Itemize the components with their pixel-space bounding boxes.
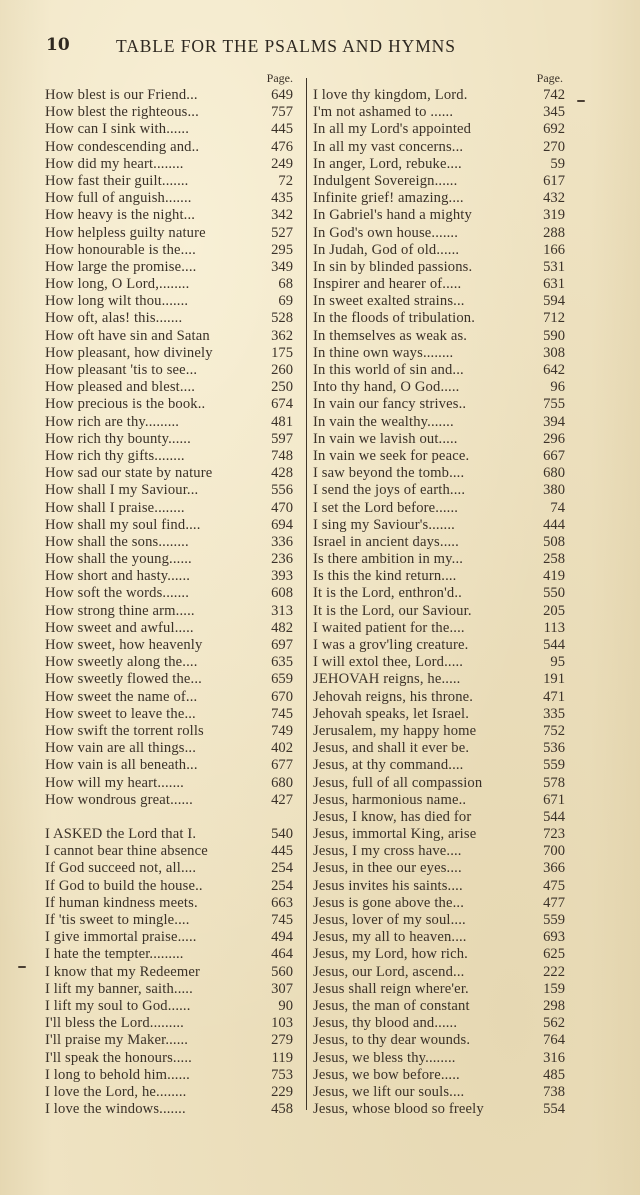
first-line-text: How fast their guilt....... (45, 173, 188, 190)
index-entry: How sweetly along the....635 (45, 654, 293, 671)
index-entry: How long wilt thou.......69 (45, 293, 293, 310)
index-entry: If 'tis sweet to mingle....745 (45, 912, 293, 929)
first-line-text: I cannot bear thine absence (45, 843, 208, 860)
first-line-text: How sweet to leave the... (45, 706, 196, 723)
first-line-text: I'll bless the Lord......... (45, 1015, 184, 1032)
page-ref: 402 (263, 740, 293, 757)
page-ref: 671 (535, 792, 565, 809)
first-line-text: I know that my Redeemer (45, 964, 200, 981)
page-ref: 742 (535, 87, 565, 104)
first-line-text: How honourable is the.... (45, 242, 196, 259)
index-entry: Jesus is gone above the...477 (313, 895, 565, 912)
index-entry: If human kindness meets.663 (45, 895, 293, 912)
page-ref: 445 (263, 121, 293, 138)
page-ref: 103 (263, 1015, 293, 1032)
page-ref: 260 (263, 362, 293, 379)
index-entry: In vain the wealthy.......394 (313, 414, 565, 431)
page-ref: 471 (535, 689, 565, 706)
index-entry: How fast their guilt.......72 (45, 173, 293, 190)
page-ref: 394 (535, 414, 565, 431)
page-ref: 482 (263, 620, 293, 637)
index-entry: How shall I my Saviour...556 (45, 482, 293, 499)
first-line-text: Inspirer and hearer of..... (313, 276, 461, 293)
page-ref: 692 (535, 121, 565, 138)
first-line-text: How wondrous great...... (45, 792, 193, 809)
index-entry: How pleased and blest....250 (45, 379, 293, 396)
page-ref: 617 (535, 173, 565, 190)
index-entry: How honourable is the....295 (45, 242, 293, 259)
index-entry: I'll bless the Lord.........103 (45, 1015, 293, 1032)
index-entry: In the floods of tribulation.712 (313, 310, 565, 327)
page-ref: 752 (535, 723, 565, 740)
index-entry: I love thy kingdom, Lord.742 (313, 87, 565, 104)
page-column-label: Page. (313, 70, 565, 87)
entry-list-how: How blest is our Friend...649How blest t… (45, 87, 293, 809)
index-entry: I'll speak the honours.....119 (45, 1050, 293, 1067)
first-line-text: How sad our state by nature (45, 465, 212, 482)
page-ref: 597 (263, 431, 293, 448)
first-line-text: How large the promise.... (45, 259, 196, 276)
page-ref: 475 (535, 878, 565, 895)
first-line-text: In God's own house....... (313, 225, 458, 242)
page-ref: 254 (263, 860, 293, 877)
index-entry: Jesus, we bless thy........316 (313, 1050, 565, 1067)
first-line-text: I'm not ashamed to ...... (313, 104, 453, 121)
first-line-text: Jesus, lover of my soul.... (313, 912, 466, 929)
page-ref: 594 (535, 293, 565, 310)
first-line-text: How will my heart....... (45, 775, 184, 792)
first-line-text: Jesus invites his saints.... (313, 878, 463, 895)
index-entry: Is there ambition in my...258 (313, 551, 565, 568)
first-line-text: In sweet exalted strains... (313, 293, 465, 310)
index-entry: Jesus, harmonious name..671 (313, 792, 565, 809)
first-line-text: How pleasant, how divinely (45, 345, 213, 362)
first-line-text: How condescending and.. (45, 139, 199, 156)
page-ref: 745 (263, 912, 293, 929)
first-line-text: How shall I praise........ (45, 500, 185, 517)
index-entry: I know that my Redeemer560 (45, 964, 293, 981)
first-line-text: How helpless guilty nature (45, 225, 206, 242)
first-line-text: How precious is the book.. (45, 396, 205, 413)
first-line-text: How blest the righteous... (45, 104, 199, 121)
index-entry: Jesus, full of all compassion578 (313, 775, 565, 792)
index-entry: I'll praise my Maker......279 (45, 1032, 293, 1049)
index-entry: I love the windows.......458 (45, 1101, 293, 1118)
page-ref: 631 (535, 276, 565, 293)
index-entry: I set the Lord before......74 (313, 500, 565, 517)
index-entry: Is this the kind return....419 (313, 568, 565, 585)
index-entry: I saw beyond the tomb....680 (313, 465, 565, 482)
page-ref: 458 (263, 1101, 293, 1118)
page-ref: 749 (263, 723, 293, 740)
first-line-text: I lift my soul to God...... (45, 998, 191, 1015)
first-line-text: How oft have sin and Satan (45, 328, 210, 345)
first-line-text: If 'tis sweet to mingle.... (45, 912, 190, 929)
index-entry: How long, O Lord,........68 (45, 276, 293, 293)
index-entry: How shall my soul find....694 (45, 517, 293, 534)
index-entry: Inspirer and hearer of.....631 (313, 276, 565, 293)
index-entry: Jesus, we lift our souls....738 (313, 1084, 565, 1101)
index-entry: I'm not ashamed to ......345 (313, 104, 565, 121)
first-line-text: Jerusalem, my happy home (313, 723, 476, 740)
page-ref: 308 (535, 345, 565, 362)
index-entry: In Gabriel's hand a mighty319 (313, 207, 565, 224)
page-ref: 435 (263, 190, 293, 207)
index-entry: Jesus, my all to heaven....693 (313, 929, 565, 946)
page-ref: 559 (535, 757, 565, 774)
first-line-text: How shall the sons........ (45, 534, 189, 551)
first-line-text: I was a grov'ling creature. (313, 637, 468, 654)
first-line-text: How vain are all things... (45, 740, 196, 757)
first-line-text: In vain we lavish out..... (313, 431, 458, 448)
page-ref: 298 (535, 998, 565, 1015)
first-line-text: How long wilt thou....... (45, 293, 188, 310)
index-entry: Jesus, thy blood and......562 (313, 1015, 565, 1032)
first-line-text: Jesus, in thee our eyes.... (313, 860, 462, 877)
entry-list-in-jesus: I love thy kingdom, Lord.742I'm not asha… (313, 87, 565, 1118)
page-ref: 319 (535, 207, 565, 224)
first-line-text: It is the Lord, our Saviour. (313, 603, 472, 620)
first-line-text: Jesus, thy blood and...... (313, 1015, 457, 1032)
first-line-text: In vain the wealthy....... (313, 414, 454, 431)
index-entry: How shall I praise........470 (45, 500, 293, 517)
index-entry: Israel in ancient days.....508 (313, 534, 565, 551)
index-entry: Jesus, in thee our eyes....366 (313, 860, 565, 877)
index-entry: How swift the torrent rolls749 (45, 723, 293, 740)
first-line-text: In Gabriel's hand a mighty (313, 207, 472, 224)
first-line-text: I will extol thee, Lord..... (313, 654, 463, 671)
page-ref: 68 (263, 276, 293, 293)
page-ref: 419 (535, 568, 565, 585)
page-ref: 428 (263, 465, 293, 482)
first-line-text: Jesus, I know, has died for (313, 809, 471, 826)
index-entry: In thine own ways........308 (313, 345, 565, 362)
page-ref: 119 (263, 1050, 293, 1067)
page-ref: 485 (535, 1067, 565, 1084)
index-entry: In all my Lord's appointed692 (313, 121, 565, 138)
index-entry: In anger, Lord, rebuke....59 (313, 156, 565, 173)
first-line-text: If God succeed not, all.... (45, 860, 196, 877)
index-entry: How full of anguish.......435 (45, 190, 293, 207)
first-line-text: Is there ambition in my... (313, 551, 463, 568)
first-line-text: I set the Lord before...... (313, 500, 458, 517)
first-line-text: Infinite grief! amazing.... (313, 190, 464, 207)
index-entry: How sweet to leave the...745 (45, 706, 293, 723)
index-entry: I hate the tempter.........464 (45, 946, 293, 963)
first-line-text: Is this the kind return.... (313, 568, 456, 585)
index-entry: In this world of sin and...642 (313, 362, 565, 379)
page-ref: 544 (535, 637, 565, 654)
first-line-text: I saw beyond the tomb.... (313, 465, 464, 482)
index-entry: Jesus invites his saints....475 (313, 878, 565, 895)
page-ref: 464 (263, 946, 293, 963)
index-entry: Jesus, our Lord, ascend...222 (313, 964, 565, 981)
first-line-text: In sin by blinded passions. (313, 259, 472, 276)
page-ref: 693 (535, 929, 565, 946)
page-ref: 677 (263, 757, 293, 774)
margin-mark-left (18, 966, 26, 968)
first-line-text: In all my Lord's appointed (313, 121, 471, 138)
page-ref: 527 (263, 225, 293, 242)
first-line-text: How sweetly along the.... (45, 654, 198, 671)
index-entry: How sweet and awful.....482 (45, 620, 293, 637)
page-ref: 748 (263, 448, 293, 465)
first-line-text: I love thy kingdom, Lord. (313, 87, 468, 104)
index-entry: I give immortal praise.....494 (45, 929, 293, 946)
index-entry: In all my vast concerns...270 (313, 139, 565, 156)
index-entry: How sweet, how heavenly697 (45, 637, 293, 654)
first-line-text: In themselves as weak as. (313, 328, 467, 345)
page-ref: 764 (535, 1032, 565, 1049)
page-ref: 697 (263, 637, 293, 654)
first-line-text: How rich are thy......... (45, 414, 179, 431)
first-line-text: How sweetly flowed the... (45, 671, 202, 688)
first-line-text: Jesus, the man of constant (313, 998, 470, 1015)
first-line-text: How swift the torrent rolls (45, 723, 204, 740)
index-entry: How condescending and..476 (45, 139, 293, 156)
index-entry: Jehovah speaks, let Israel.335 (313, 706, 565, 723)
index-entry: It is the Lord, enthron'd..550 (313, 585, 565, 602)
page-ref: 554 (535, 1101, 565, 1118)
index-entry: It is the Lord, our Saviour.205 (313, 603, 565, 620)
index-entry: How soft the words.......608 (45, 585, 293, 602)
index-entry: I send the joys of earth....380 (313, 482, 565, 499)
page-ref: 712 (535, 310, 565, 327)
page-ref: 254 (263, 878, 293, 895)
first-line-text: Jesus, and shall it ever be. (313, 740, 469, 757)
first-line-text: Jesus, our Lord, ascend... (313, 964, 464, 981)
page-ref: 250 (263, 379, 293, 396)
first-line-text: Jesus, at thy command.... (313, 757, 463, 774)
page-ref: 295 (263, 242, 293, 259)
first-line-text: Jesus, full of all compassion (313, 775, 482, 792)
page-ref: 649 (263, 87, 293, 104)
index-entry: Jesus, immortal King, arise723 (313, 826, 565, 843)
first-line-text: How vain is all beneath... (45, 757, 198, 774)
first-line-text: How pleased and blest.... (45, 379, 195, 396)
page-ref: 313 (263, 603, 293, 620)
index-entry: Jesus, my Lord, how rich.625 (313, 946, 565, 963)
index-entry: Jesus, I my cross have....700 (313, 843, 565, 860)
index-entry: How did my heart........249 (45, 156, 293, 173)
page-ref: 494 (263, 929, 293, 946)
first-line-text: I love the windows....... (45, 1101, 186, 1118)
first-line-text: It is the Lord, enthron'd.. (313, 585, 462, 602)
page-ref: 590 (535, 328, 565, 345)
page-ref: 432 (535, 190, 565, 207)
index-entry: How rich are thy.........481 (45, 414, 293, 431)
index-entry: How strong thine arm.....313 (45, 603, 293, 620)
page-ref: 536 (535, 740, 565, 757)
page-ref: 59 (535, 156, 565, 173)
page-ref: 69 (263, 293, 293, 310)
first-line-text: Jesus, we bless thy........ (313, 1050, 456, 1067)
first-line-text: How can I sink with...... (45, 121, 189, 138)
index-entry: How large the promise....349 (45, 259, 293, 276)
page-ref: 663 (263, 895, 293, 912)
index-entry: In vain we lavish out.....296 (313, 431, 565, 448)
page-ref: 159 (535, 981, 565, 998)
page-ref: 166 (535, 242, 565, 259)
first-line-text: JEHOVAH reigns, he..... (313, 671, 460, 688)
index-entry: Jerusalem, my happy home752 (313, 723, 565, 740)
first-line-text: Indulgent Sovereign...... (313, 173, 457, 190)
section-gap (45, 809, 293, 826)
page-ref: 470 (263, 500, 293, 517)
index-entry: How short and hasty......393 (45, 568, 293, 585)
page-ref: 556 (263, 482, 293, 499)
first-line-text: How oft, alas! this....... (45, 310, 182, 327)
page-ref: 336 (263, 534, 293, 551)
index-entry: In Judah, God of old......166 (313, 242, 565, 259)
page-ref: 659 (263, 671, 293, 688)
page-ref: 307 (263, 981, 293, 998)
index-entry: I cannot bear thine absence445 (45, 843, 293, 860)
left-column: Page. How blest is our Friend...649How b… (45, 70, 293, 1118)
page-ref: 723 (535, 826, 565, 843)
page-ref: 531 (535, 259, 565, 276)
first-line-text: In Judah, God of old...... (313, 242, 459, 259)
first-line-text: How rich thy bounty...... (45, 431, 191, 448)
page-ref: 96 (535, 379, 565, 396)
index-entry: How sweet the name of...670 (45, 689, 293, 706)
page-ref: 95 (535, 654, 565, 671)
index-entry: How oft, alas! this.......528 (45, 310, 293, 327)
index-entry: I long to behold him......753 (45, 1067, 293, 1084)
page-ref: 72 (263, 173, 293, 190)
page-ref: 544 (535, 809, 565, 826)
page-ref: 349 (263, 259, 293, 276)
first-line-text: Jesus, to thy dear wounds. (313, 1032, 470, 1049)
first-line-text: I hate the tempter......... (45, 946, 184, 963)
first-line-text: In this world of sin and... (313, 362, 464, 379)
page-ref: 279 (263, 1032, 293, 1049)
page-ref: 296 (535, 431, 565, 448)
index-entry: In sin by blinded passions.531 (313, 259, 565, 276)
index-entry: How pleasant 'tis to see...260 (45, 362, 293, 379)
page-ref: 393 (263, 568, 293, 585)
index-entry: I sing my Saviour's.......444 (313, 517, 565, 534)
index-entry: How vain are all things...402 (45, 740, 293, 757)
first-line-text: Jehovah reigns, his throne. (313, 689, 473, 706)
page-ref: 205 (535, 603, 565, 620)
page-ref: 667 (535, 448, 565, 465)
first-line-text: Jesus, we bow before..... (313, 1067, 460, 1084)
page-ref: 345 (535, 104, 565, 121)
page-ref: 229 (263, 1084, 293, 1101)
first-line-text: I long to behold him...... (45, 1067, 190, 1084)
first-line-text: I give immortal praise..... (45, 929, 197, 946)
index-entry: How rich thy bounty......597 (45, 431, 293, 448)
page-ref: 550 (535, 585, 565, 602)
page-ref: 427 (263, 792, 293, 809)
page-ref: 694 (263, 517, 293, 534)
page-ref: 608 (263, 585, 293, 602)
index-entry: How shall the sons........336 (45, 534, 293, 551)
index-entry: How blest is our Friend...649 (45, 87, 293, 104)
index-entry: I will extol thee, Lord.....95 (313, 654, 565, 671)
index-entry: I waited patient for the....113 (313, 620, 565, 637)
first-line-text: I waited patient for the.... (313, 620, 465, 637)
page-ref: 560 (263, 964, 293, 981)
index-entry: How sad our state by nature428 (45, 465, 293, 482)
page-ref: 635 (263, 654, 293, 671)
page-ref: 578 (535, 775, 565, 792)
first-line-text: In the floods of tribulation. (313, 310, 475, 327)
first-line-text: In all my vast concerns... (313, 139, 463, 156)
index-entry: In God's own house.......288 (313, 225, 565, 242)
entry-list-i: I ASKED the Lord that I.540I cannot bear… (45, 826, 293, 1118)
page-ref: 508 (535, 534, 565, 551)
first-line-text: How long, O Lord,........ (45, 276, 189, 293)
first-line-text: How strong thine arm..... (45, 603, 195, 620)
first-line-text: Jesus, my all to heaven.... (313, 929, 467, 946)
first-line-text: How shall I my Saviour... (45, 482, 198, 499)
page-ref: 288 (535, 225, 565, 242)
index-entry: Jesus, the man of constant298 (313, 998, 565, 1015)
first-line-text: In anger, Lord, rebuke.... (313, 156, 462, 173)
first-line-text: How did my heart........ (45, 156, 184, 173)
index-entry: How can I sink with......445 (45, 121, 293, 138)
page-ref: 258 (535, 551, 565, 568)
page-ref: 90 (263, 998, 293, 1015)
index-entry: Jesus, whose blood so freely554 (313, 1101, 565, 1118)
right-column: Page. I love thy kingdom, Lord.742I'm no… (313, 70, 565, 1118)
page-ref: 562 (535, 1015, 565, 1032)
index-entry: How pleasant, how divinely175 (45, 345, 293, 362)
index-entry: If God to build the house..254 (45, 878, 293, 895)
page-ref: 175 (263, 345, 293, 362)
page-ref: 755 (535, 396, 565, 413)
index-entry: I lift my soul to God......90 (45, 998, 293, 1015)
margin-mark-right (577, 100, 585, 102)
first-line-text: I'll praise my Maker...... (45, 1032, 188, 1049)
first-line-text: If human kindness meets. (45, 895, 198, 912)
page-ref: 362 (263, 328, 293, 345)
first-line-text: How rich thy gifts........ (45, 448, 185, 465)
index-entry: How will my heart.......680 (45, 775, 293, 792)
index-entry: Jesus shall reign where'er.159 (313, 981, 565, 998)
index-entry: Indulgent Sovereign......617 (313, 173, 565, 190)
page-ref: 249 (263, 156, 293, 173)
index-entry: Jesus, and shall it ever be.536 (313, 740, 565, 757)
page-ref: 236 (263, 551, 293, 568)
first-line-text: How soft the words....... (45, 585, 189, 602)
index-entry: How sweetly flowed the...659 (45, 671, 293, 688)
first-line-text: I ASKED the Lord that I. (45, 826, 196, 843)
page-ref: 528 (263, 310, 293, 327)
page-ref: 335 (535, 706, 565, 723)
first-line-text: In thine own ways........ (313, 345, 453, 362)
page-ref: 191 (535, 671, 565, 688)
first-line-text: How heavy is the night... (45, 207, 195, 224)
first-line-text: Jesus, whose blood so freely (313, 1101, 484, 1118)
page-ref: 738 (535, 1084, 565, 1101)
page-ref: 74 (535, 500, 565, 517)
page-ref: 113 (535, 620, 565, 637)
page-ref: 753 (263, 1067, 293, 1084)
index-entry: Jesus, at thy command....559 (313, 757, 565, 774)
page-ref: 757 (263, 104, 293, 121)
page-ref: 559 (535, 912, 565, 929)
page-ref: 270 (535, 139, 565, 156)
page-ref: 366 (535, 860, 565, 877)
page-ref: 222 (535, 964, 565, 981)
first-line-text: I sing my Saviour's....... (313, 517, 455, 534)
first-line-text: I send the joys of earth.... (313, 482, 465, 499)
first-line-text: How pleasant 'tis to see... (45, 362, 197, 379)
page-ref: 670 (263, 689, 293, 706)
